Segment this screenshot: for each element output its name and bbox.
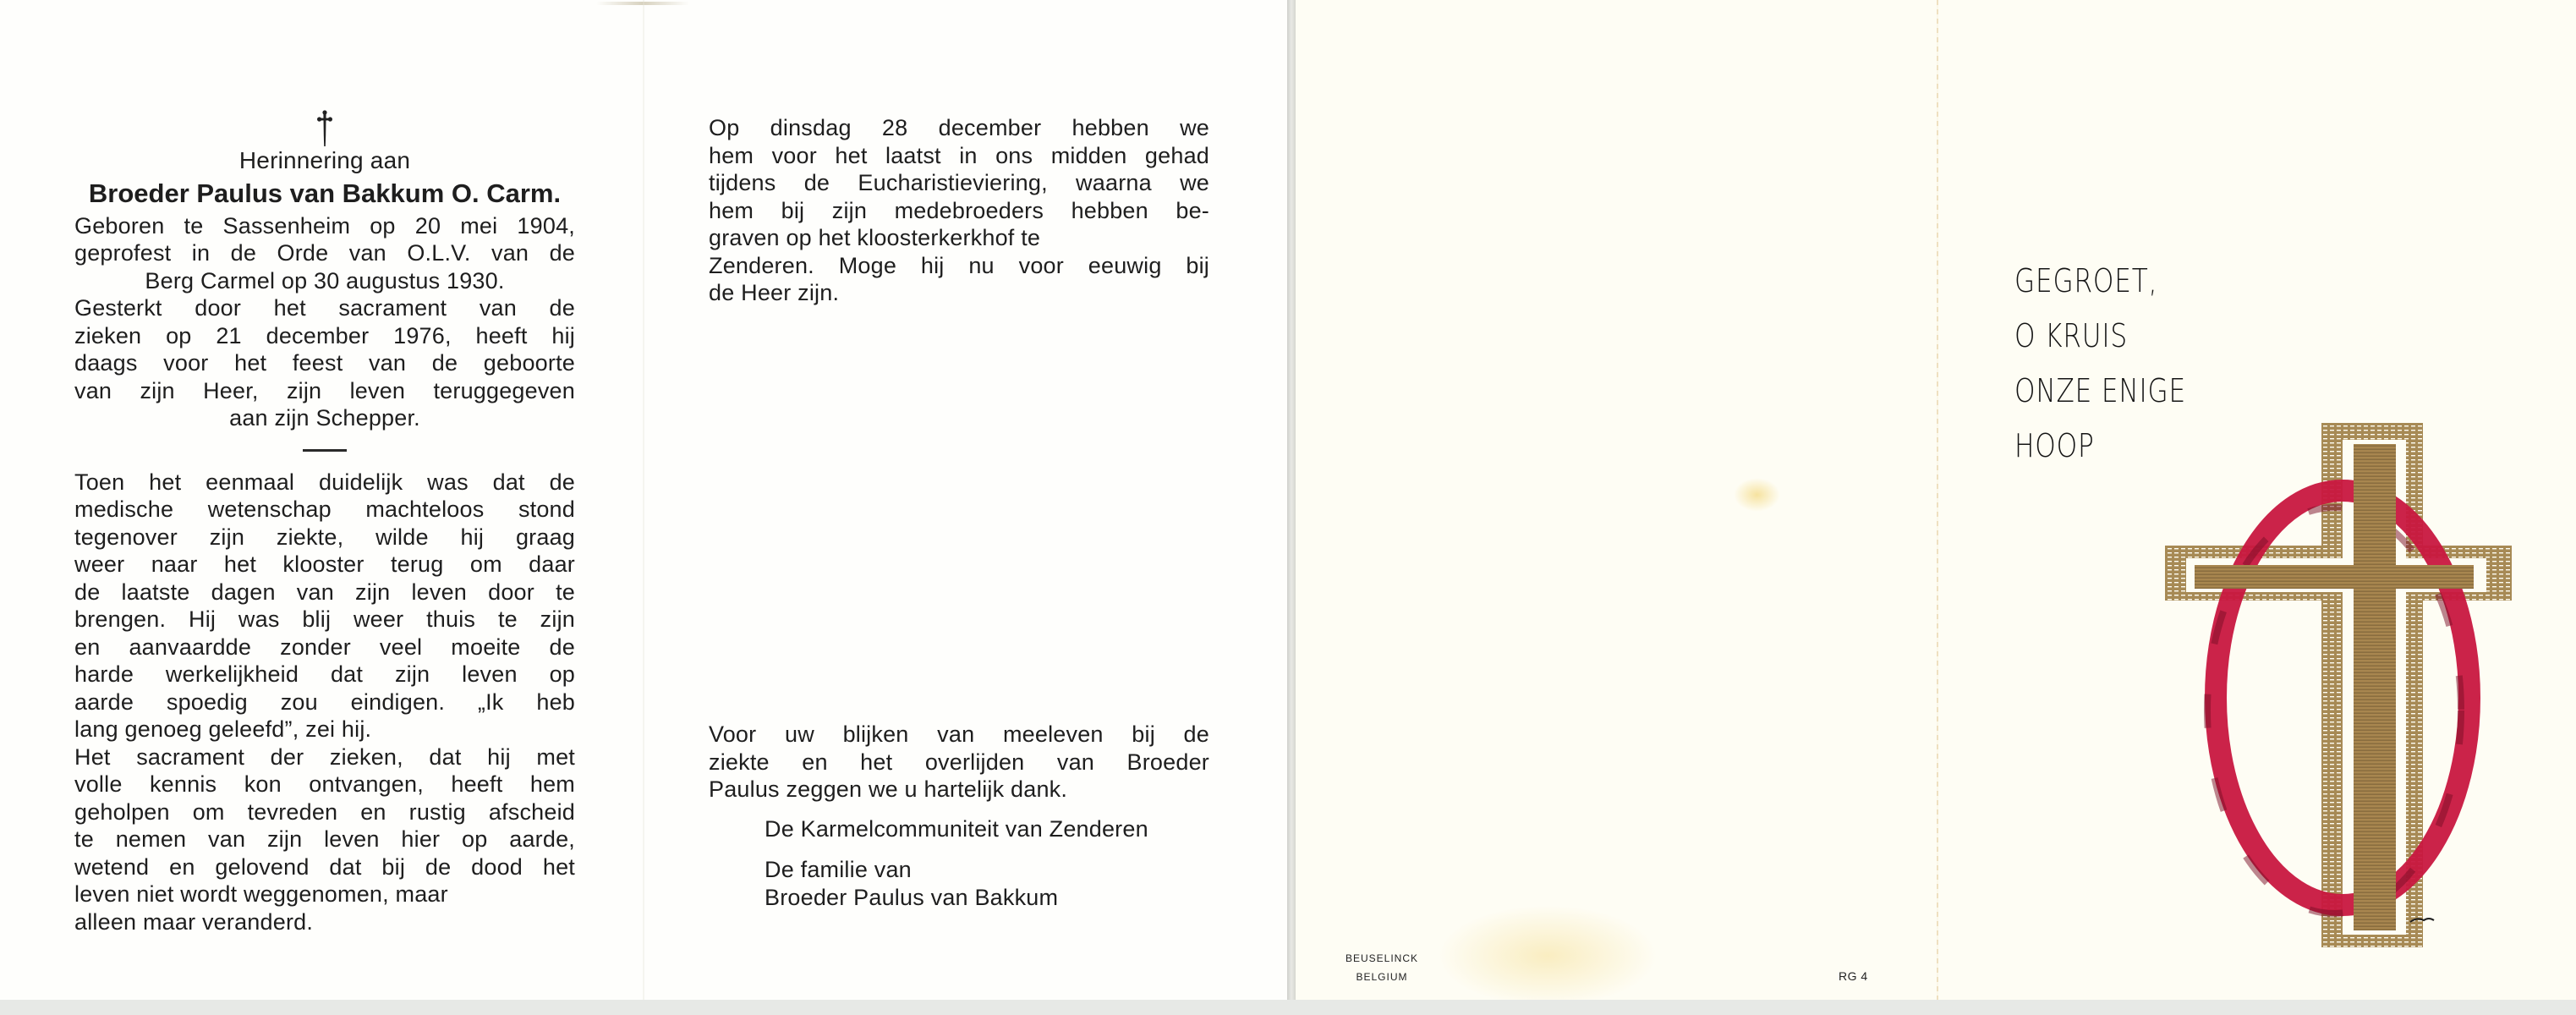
funeral-line: de Heer zijn. (709, 279, 1209, 307)
story-line: medische wetenschap machteloos stond (74, 496, 575, 524)
funeral-paragraph: Op dinsdag 28 december hebben wehem voor… (709, 114, 1209, 307)
story-line: lang genoeg geleefd”, zei hij. (74, 716, 575, 743)
signature-community: De Karmelcommuniteit van Zenderen (709, 815, 1209, 843)
funeral-line: tijdens de Eucharistieviering, waarna we (709, 169, 1209, 197)
story-line: harde werkelijkheid dat zijn leven op (74, 661, 575, 689)
funeral-line: hem bij zijn medebroeders hebben be- (709, 197, 1209, 225)
story-line: tegenover zijn ziekte, wilde hij graag (74, 524, 575, 551)
card-edge (1287, 0, 1296, 1015)
card-inside-spread: Herinnering aan Broeder Paulus van Bakku… (0, 0, 1287, 1000)
bio-line: Gesterkt door het sacrament van de (74, 294, 575, 322)
thanks-section: Voor uw blijken van meeleven bij deziekt… (709, 721, 1209, 911)
cross-icon (317, 110, 332, 147)
paper-stain (1734, 478, 1780, 512)
printer-name: BEUSELINCK (1331, 949, 1433, 968)
deceased-name: Broeder Paulus van Bakkum O. Carm. (74, 175, 575, 212)
story-line: de laatste dagen van zijn leven door te (74, 579, 575, 606)
story-paragraph: Toen het eenmaal duidelijk was dat demed… (74, 469, 575, 936)
obituary-column: Herinnering aan Broeder Paulus van Bakku… (74, 110, 575, 935)
thanks-paragraph: Voor uw blijken van meeleven bij deziekt… (709, 721, 1209, 804)
motto-line: O KRUIS (2014, 309, 2186, 364)
bio-line: aan zijn Schepper. (74, 404, 575, 432)
story-line: geholpen om tevreden en rustig afscheid (74, 798, 575, 826)
story-line: alleen maar veranderd. (74, 908, 575, 936)
bio-line: zieken op 21 december 1976, heeft hij (74, 322, 575, 350)
thanks-line: Voor uw blijken van meeleven bij de (709, 721, 1209, 749)
motto-line: GEGROET, (2014, 254, 2186, 309)
printer-imprint: BEUSELINCK BELGIUM (1331, 949, 1433, 986)
paper-stain (1438, 905, 1658, 1007)
biography: Geboren te Sassenheim op 20 mei 1904,gep… (74, 212, 575, 432)
fold-line (643, 0, 644, 1000)
story-line: wetend en gelovend dat bij de dood het (74, 853, 575, 881)
story-line: aarde spoedig zou eindigen. „Ik heb (74, 689, 575, 716)
bio-line: daags voor het feest van de geboorte (74, 349, 575, 377)
printer-country: BELGIUM (1331, 968, 1433, 986)
story-line: volle kennis kon ontvangen, heeft hem (74, 771, 575, 798)
funeral-line: Op dinsdag 28 december hebben we (709, 114, 1209, 142)
funeral-line: hem voor het laatst in ons midden gehad (709, 142, 1209, 170)
story-line: leven niet wordt weggenomen, maar (74, 881, 575, 908)
scan-background (0, 1000, 2576, 1015)
story-line: te nemen van zijn leven hier op aarde, (74, 826, 575, 853)
thanks-line: Paulus zeggen we u hartelijk dank. (709, 776, 1209, 804)
bio-line: van zijn Heer, zijn leven teruggegeven (74, 377, 575, 405)
bio-line: geprofest in de Orde van O.L.V. van de (74, 239, 575, 267)
fold-line (1937, 0, 1938, 1000)
story-line: weer naar het klooster terug om daar (74, 551, 575, 579)
heading: Herinnering aan (74, 147, 575, 175)
print-code: RG 4 (1839, 967, 1868, 985)
story-line: Het sacrament der zieken, dat hij met (74, 743, 575, 771)
bio-line: Berg Carmel op 30 augustus 1930. (74, 267, 575, 295)
cross-artwork (2161, 406, 2516, 964)
bio-line: Geboren te Sassenheim op 20 mei 1904, (74, 212, 575, 240)
story-line: Toen het eenmaal duidelijk was dat de (74, 469, 575, 497)
divider (303, 449, 347, 452)
signature-family-line-2: Broeder Paulus van Bakkum (709, 884, 1209, 912)
funeral-line: graven op het kloosterkerkhof te (709, 224, 1209, 252)
thanks-line: ziekte en het overlijden van Broeder (709, 749, 1209, 776)
signature-family-line-1: De familie van (709, 856, 1209, 884)
story-line: en aanvaardde zonder veel moeite de (74, 634, 575, 661)
funeral-line: Zenderen. Moge hij nu voor eeuwig bij (709, 252, 1209, 280)
story-line: brengen. Hij was blij weer thuis te zijn (74, 606, 575, 634)
